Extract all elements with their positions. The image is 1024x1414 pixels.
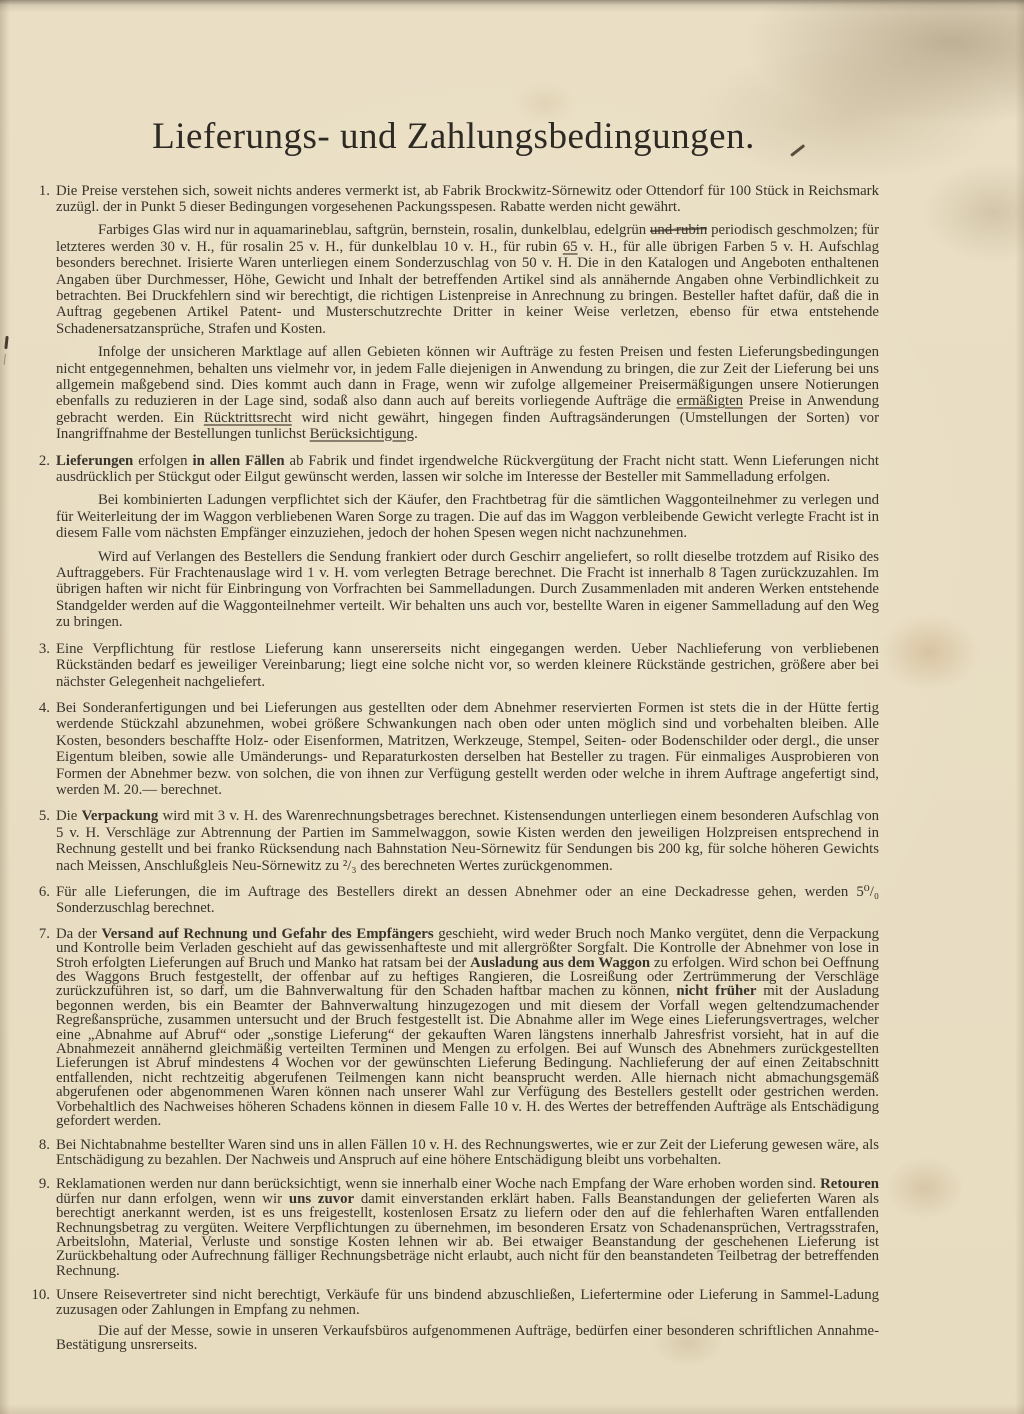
- text: Wird auf Verlangen des Bestellers die Se…: [56, 549, 879, 631]
- text: mit der Ausladung begonnen werden, bis e…: [56, 983, 879, 1129]
- text: Bei Nichtabnahme bestellter Waren sind u…: [56, 1137, 879, 1167]
- pen-underlined-text: ermäßigten: [677, 393, 744, 409]
- term-paragraphs: Die Preise verstehen sich, soweit nichts…: [56, 183, 879, 443]
- page-title: Lieferungs- und Zahlungsbedingungen.: [28, 116, 879, 159]
- paragraph: Die auf der Messe, sowie in unseren Verk…: [56, 1324, 879, 1353]
- bold-text: in allen Fällen: [192, 453, 284, 469]
- text: Für alle Lieferungen, die im Auftrage de…: [56, 884, 879, 916]
- term-item: 8.Bei Nichtabnahme bestellter Waren sind…: [28, 1138, 879, 1167]
- text: Bei Sonderanfertigungen und bei Lieferun…: [56, 700, 879, 798]
- text: Farbiges Glas wird nur in aquamarineblau…: [98, 222, 650, 238]
- term-item: 7.Da der Versand auf Rechnung und Gefahr…: [28, 927, 879, 1129]
- term-number: 6.: [28, 884, 50, 917]
- term-paragraphs: Für alle Lieferungen, die im Auftrage de…: [56, 884, 879, 917]
- term-item: 3.Eine Verpflichtung für restlose Liefer…: [28, 641, 879, 690]
- paragraph: Bei Nichtabnahme bestellter Waren sind u…: [56, 1138, 879, 1167]
- text: Eine Verpflichtung für restlose Lieferun…: [56, 641, 879, 690]
- term-number: 4.: [28, 700, 50, 798]
- term-number: 3.: [28, 641, 50, 690]
- pen-underlined-text: Rücktrittsrecht: [204, 410, 292, 426]
- paragraph: Eine Verpflichtung für restlose Lieferun…: [56, 641, 879, 690]
- pen-underlined-text: Berücksichtigung: [310, 426, 414, 442]
- document-page: Lieferungs- und Zahlungsbedingungen. 1.D…: [28, 116, 879, 1363]
- pen-underlined-text: 65: [563, 239, 578, 255]
- term-paragraphs: Unsere Reisevertreter sind nicht berecht…: [56, 1288, 879, 1353]
- term-number: 2.: [28, 453, 50, 631]
- term-paragraphs: Lieferungen erfolgen in allen Fällen ab …: [56, 453, 879, 631]
- paragraph: Die Preise verstehen sich, soweit nichts…: [56, 183, 879, 216]
- term-number: 10.: [28, 1288, 50, 1353]
- term-paragraphs: Reklamationen werden nur dann berücksich…: [56, 1177, 879, 1278]
- paragraph: Infolge der unsicheren Marktlage auf all…: [56, 344, 879, 442]
- paragraph: Da der Versand auf Rechnung und Gefahr d…: [56, 927, 879, 1129]
- paragraph: Reklamationen werden nur dann berücksich…: [56, 1177, 879, 1278]
- term-paragraphs: Bei Nichtabnahme bestellter Waren sind u…: [56, 1138, 879, 1167]
- term-paragraphs: Bei Sonderanfertigungen und bei Lieferun…: [56, 700, 879, 798]
- paragraph: Unsere Reisevertreter sind nicht berecht…: [56, 1288, 879, 1317]
- term-item: 9.Reklamationen werden nur dann berücksi…: [28, 1177, 879, 1278]
- text: wird mit 3 v. H. des Warenrechnungsbetra…: [56, 808, 879, 873]
- term-number: 8.: [28, 1138, 50, 1167]
- pen-struck-text: und rubin: [650, 222, 707, 238]
- bold-text: Verpackung: [82, 808, 159, 824]
- term-item: 10.Unsere Reisevertreter sind nicht bere…: [28, 1288, 879, 1353]
- term-paragraphs: Da der Versand auf Rechnung und Gefahr d…: [56, 927, 879, 1129]
- text: Unsere Reisevertreter sind nicht berecht…: [56, 1287, 879, 1317]
- paragraph: Lieferungen erfolgen in allen Fällen ab …: [56, 453, 879, 486]
- text: .: [414, 426, 418, 442]
- text: Die Preise verstehen sich, soweit nichts…: [56, 183, 879, 215]
- term-paragraphs: Eine Verpflichtung für restlose Lieferun…: [56, 641, 879, 690]
- term-item: 2.Lieferungen erfolgen in allen Fällen a…: [28, 453, 879, 631]
- term-item: 6.Für alle Lieferungen, die im Auftrage …: [28, 884, 879, 917]
- term-number: 1.: [28, 183, 50, 443]
- text: Die auf der Messe, sowie in unseren Verk…: [56, 1323, 879, 1353]
- term-number: 5.: [28, 808, 50, 874]
- paragraph: Wird auf Verlangen des Bestellers die Se…: [56, 549, 879, 631]
- paragraph: Bei Sonderanfertigungen und bei Lieferun…: [56, 700, 879, 798]
- term-number: 9.: [28, 1177, 50, 1278]
- paragraph: Bei kombinierten Ladungen verpflichtet s…: [56, 492, 879, 541]
- text: erfolgen: [133, 453, 192, 469]
- terms-list: 1.Die Preise verstehen sich, soweit nich…: [28, 183, 879, 1353]
- term-item: 1.Die Preise verstehen sich, soweit nich…: [28, 183, 879, 443]
- term-paragraphs: Die Verpackung wird mit 3 v. H. des Ware…: [56, 808, 879, 874]
- text: Die: [56, 808, 82, 824]
- paragraph: Die Verpackung wird mit 3 v. H. des Ware…: [56, 808, 879, 874]
- paragraph: Farbiges Glas wird nur in aquamarineblau…: [56, 222, 879, 337]
- term-item: 5.Die Verpackung wird mit 3 v. H. des Wa…: [28, 808, 879, 874]
- bold-text: Lieferungen: [56, 453, 133, 469]
- term-number: 7.: [28, 927, 50, 1129]
- term-item: 4.Bei Sonderanfertigungen und bei Liefer…: [28, 700, 879, 798]
- text: Bei kombinierten Ladungen verpflichtet s…: [56, 492, 879, 541]
- paragraph: Für alle Lieferungen, die im Auftrage de…: [56, 884, 879, 917]
